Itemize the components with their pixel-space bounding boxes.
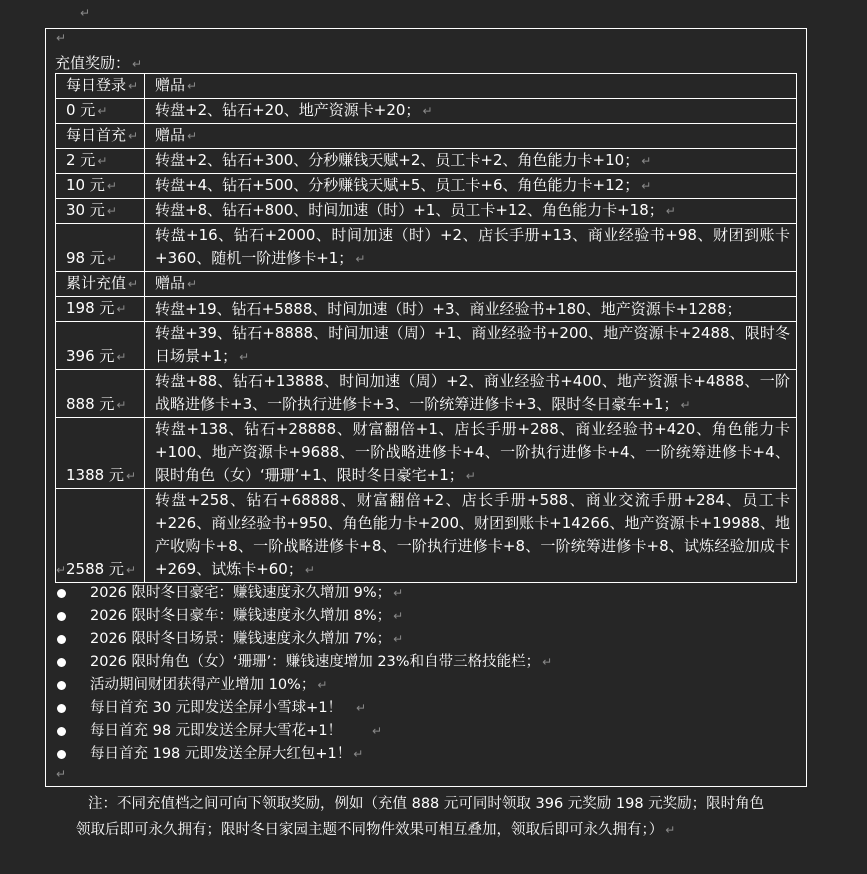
table-row: 888 元↵ 转盘+88、钻石+13888、时间加速（周）+2、商业经验书+40… [56, 370, 797, 418]
category-label-cell: 每日首充↵ [56, 124, 145, 149]
amount-cell: 396 元↵ [56, 322, 145, 370]
bullet-icon [57, 750, 66, 759]
table-header-row: 累计充值↵ 赠品↵ [56, 272, 797, 297]
gifts-cell: 转盘+138、钻石+28888、财富翻倍+1、店长手册+288、商业经验书+42… [145, 418, 797, 489]
amount-cell: 198 元↵ [56, 297, 145, 322]
bullet-icon [57, 635, 66, 644]
paragraph-mark-icon: ↵ [80, 6, 90, 20]
amount-cell: 10 元↵ [56, 174, 145, 199]
amount-cell: 98 元↵ [56, 224, 145, 272]
list-item: 每日首充 98 元即发送全屏大雪花+1！↵ [46, 720, 552, 743]
gifts-cell: 转盘+258、钻石+68888、财富翻倍+2、店长手册+588、商业交流手册+2… [145, 489, 797, 583]
table-row: 198 元↵ 转盘+19、钻石+5888、时间加速（时）+3、商业经验书+180… [56, 297, 797, 322]
table-header-row: 每日首充↵ 赠品↵ [56, 124, 797, 149]
paragraph-mark-icon: ↵ [56, 767, 66, 787]
gifts-cell: 转盘+2、钻石+20、地产资源卡+20；↵ [145, 99, 797, 124]
bullet-icon [57, 612, 66, 621]
table-row: 2 元↵ 转盘+2、钻石+300、分秒赚钱天赋+2、员工卡+2、角色能力卡+10… [56, 149, 797, 174]
gifts-cell: 转盘+16、钻石+2000、时间加速（时）+2、店长手册+13、商业经验书+98… [145, 224, 797, 272]
paragraph-mark-icon: ↵ [56, 563, 66, 583]
amount-cell: 30 元↵ [56, 199, 145, 224]
gifts-cell: 转盘+39、钻石+8888、时间加速（周）+1、商业经验书+200、地产资源卡+… [145, 322, 797, 370]
gifts-cell: 转盘+8、钻石+800、时间加速（时）+1、员工卡+12、角色能力卡+18；↵ [145, 199, 797, 224]
paragraph-mark-icon: ↵ [132, 57, 142, 71]
section-heading: 充值奖励：↵ [55, 53, 142, 74]
list-item: 2026 限时角色（女）‘珊珊’：赚钱速度增加 23%和自带三格技能栏；↵ [46, 651, 552, 674]
gifts-cell: 转盘+4、钻石+500、分秒赚钱天赋+5、员工卡+6、角色能力卡+12；↵ [145, 174, 797, 199]
table-row: 10 元↵ 转盘+4、钻石+500、分秒赚钱天赋+5、员工卡+6、角色能力卡+1… [56, 174, 797, 199]
gift-header-cell: 赠品↵ [145, 272, 797, 297]
amount-cell: 0 元↵ [56, 99, 145, 124]
amount-cell: 2588 元↵ [56, 489, 145, 583]
list-item: 每日首充 30 元即发送全屏小雪球+1！↵ [46, 697, 552, 720]
amount-cell: 1388 元↵ [56, 418, 145, 489]
paragraph-mark-icon: ↵ [56, 31, 66, 51]
bullet-icon [57, 704, 66, 713]
category-label-cell: 每日登录↵ [56, 74, 145, 99]
amount-cell: 2 元↵ [56, 149, 145, 174]
list-item: 2026 限时冬日豪宅：赚钱速度永久增加 9%；↵ [46, 582, 552, 605]
bullet-icon [57, 658, 66, 667]
bullet-icon [57, 589, 66, 598]
table-row: 2588 元↵ 转盘+258、钻石+68888、财富翻倍+2、店长手册+588、… [56, 489, 797, 583]
heading-text: 充值奖励： [55, 54, 130, 72]
gift-header-cell: 赠品↵ [145, 124, 797, 149]
list-item: 每日首充 198 元即发送全屏大红包+1！↵ [46, 743, 552, 766]
table-header-row: 每日登录↵ 赠品↵ [56, 74, 797, 99]
bordered-text-frame: ↵ 充值奖励：↵ 每日登录↵ 赠品↵ 0 元↵ 转盘+2、钻石+20、地产资源卡… [45, 28, 807, 787]
gifts-cell: 转盘+2、钻石+300、分秒赚钱天赋+2、员工卡+2、角色能力卡+10；↵ [145, 149, 797, 174]
bullet-icon [57, 727, 66, 736]
list-item: 2026 限时冬日豪车：赚钱速度永久增加 8%；↵ [46, 605, 552, 628]
table-row: 0 元↵ 转盘+2、钻石+20、地产资源卡+20；↵ [56, 99, 797, 124]
footnote: 注：不同充值档之间可向下领取奖励，例如（充值 888 元可同时领取 396 元奖… [76, 791, 776, 843]
table-row: 1388 元↵ 转盘+138、钻石+28888、财富翻倍+1、店长手册+288、… [56, 418, 797, 489]
list-item: 2026 限时冬日场景：赚钱速度永久增加 7%；↵ [46, 628, 552, 651]
table-row: 30 元↵ 转盘+8、钻石+800、时间加速（时）+1、员工卡+12、角色能力卡… [56, 199, 797, 224]
list-item: 活动期间财团获得产业增加 10%；↵ [46, 674, 552, 697]
paragraph-mark-icon: ↵ [665, 823, 675, 837]
amount-cell: 888 元↵ [56, 370, 145, 418]
gifts-cell: 转盘+19、钻石+5888、时间加速（时）+3、商业经验书+180、地产资源卡+… [145, 297, 797, 322]
bullet-icon [57, 681, 66, 690]
gift-header-cell: 赠品↵ [145, 74, 797, 99]
table-row: 396 元↵ 转盘+39、钻石+8888、时间加速（周）+1、商业经验书+200… [56, 322, 797, 370]
gifts-cell: 转盘+88、钻石+13888、时间加速（周）+2、商业经验书+400、地产资源卡… [145, 370, 797, 418]
table-row: 98 元↵ 转盘+16、钻石+2000、时间加速（时）+2、店长手册+13、商业… [56, 224, 797, 272]
rewards-table: 每日登录↵ 赠品↵ 0 元↵ 转盘+2、钻石+20、地产资源卡+20；↵ 每日首… [55, 73, 797, 583]
category-label-cell: 累计充值↵ [56, 272, 145, 297]
bonus-bullet-list: 2026 限时冬日豪宅：赚钱速度永久增加 9%；↵ 2026 限时冬日豪车：赚钱… [46, 582, 552, 766]
